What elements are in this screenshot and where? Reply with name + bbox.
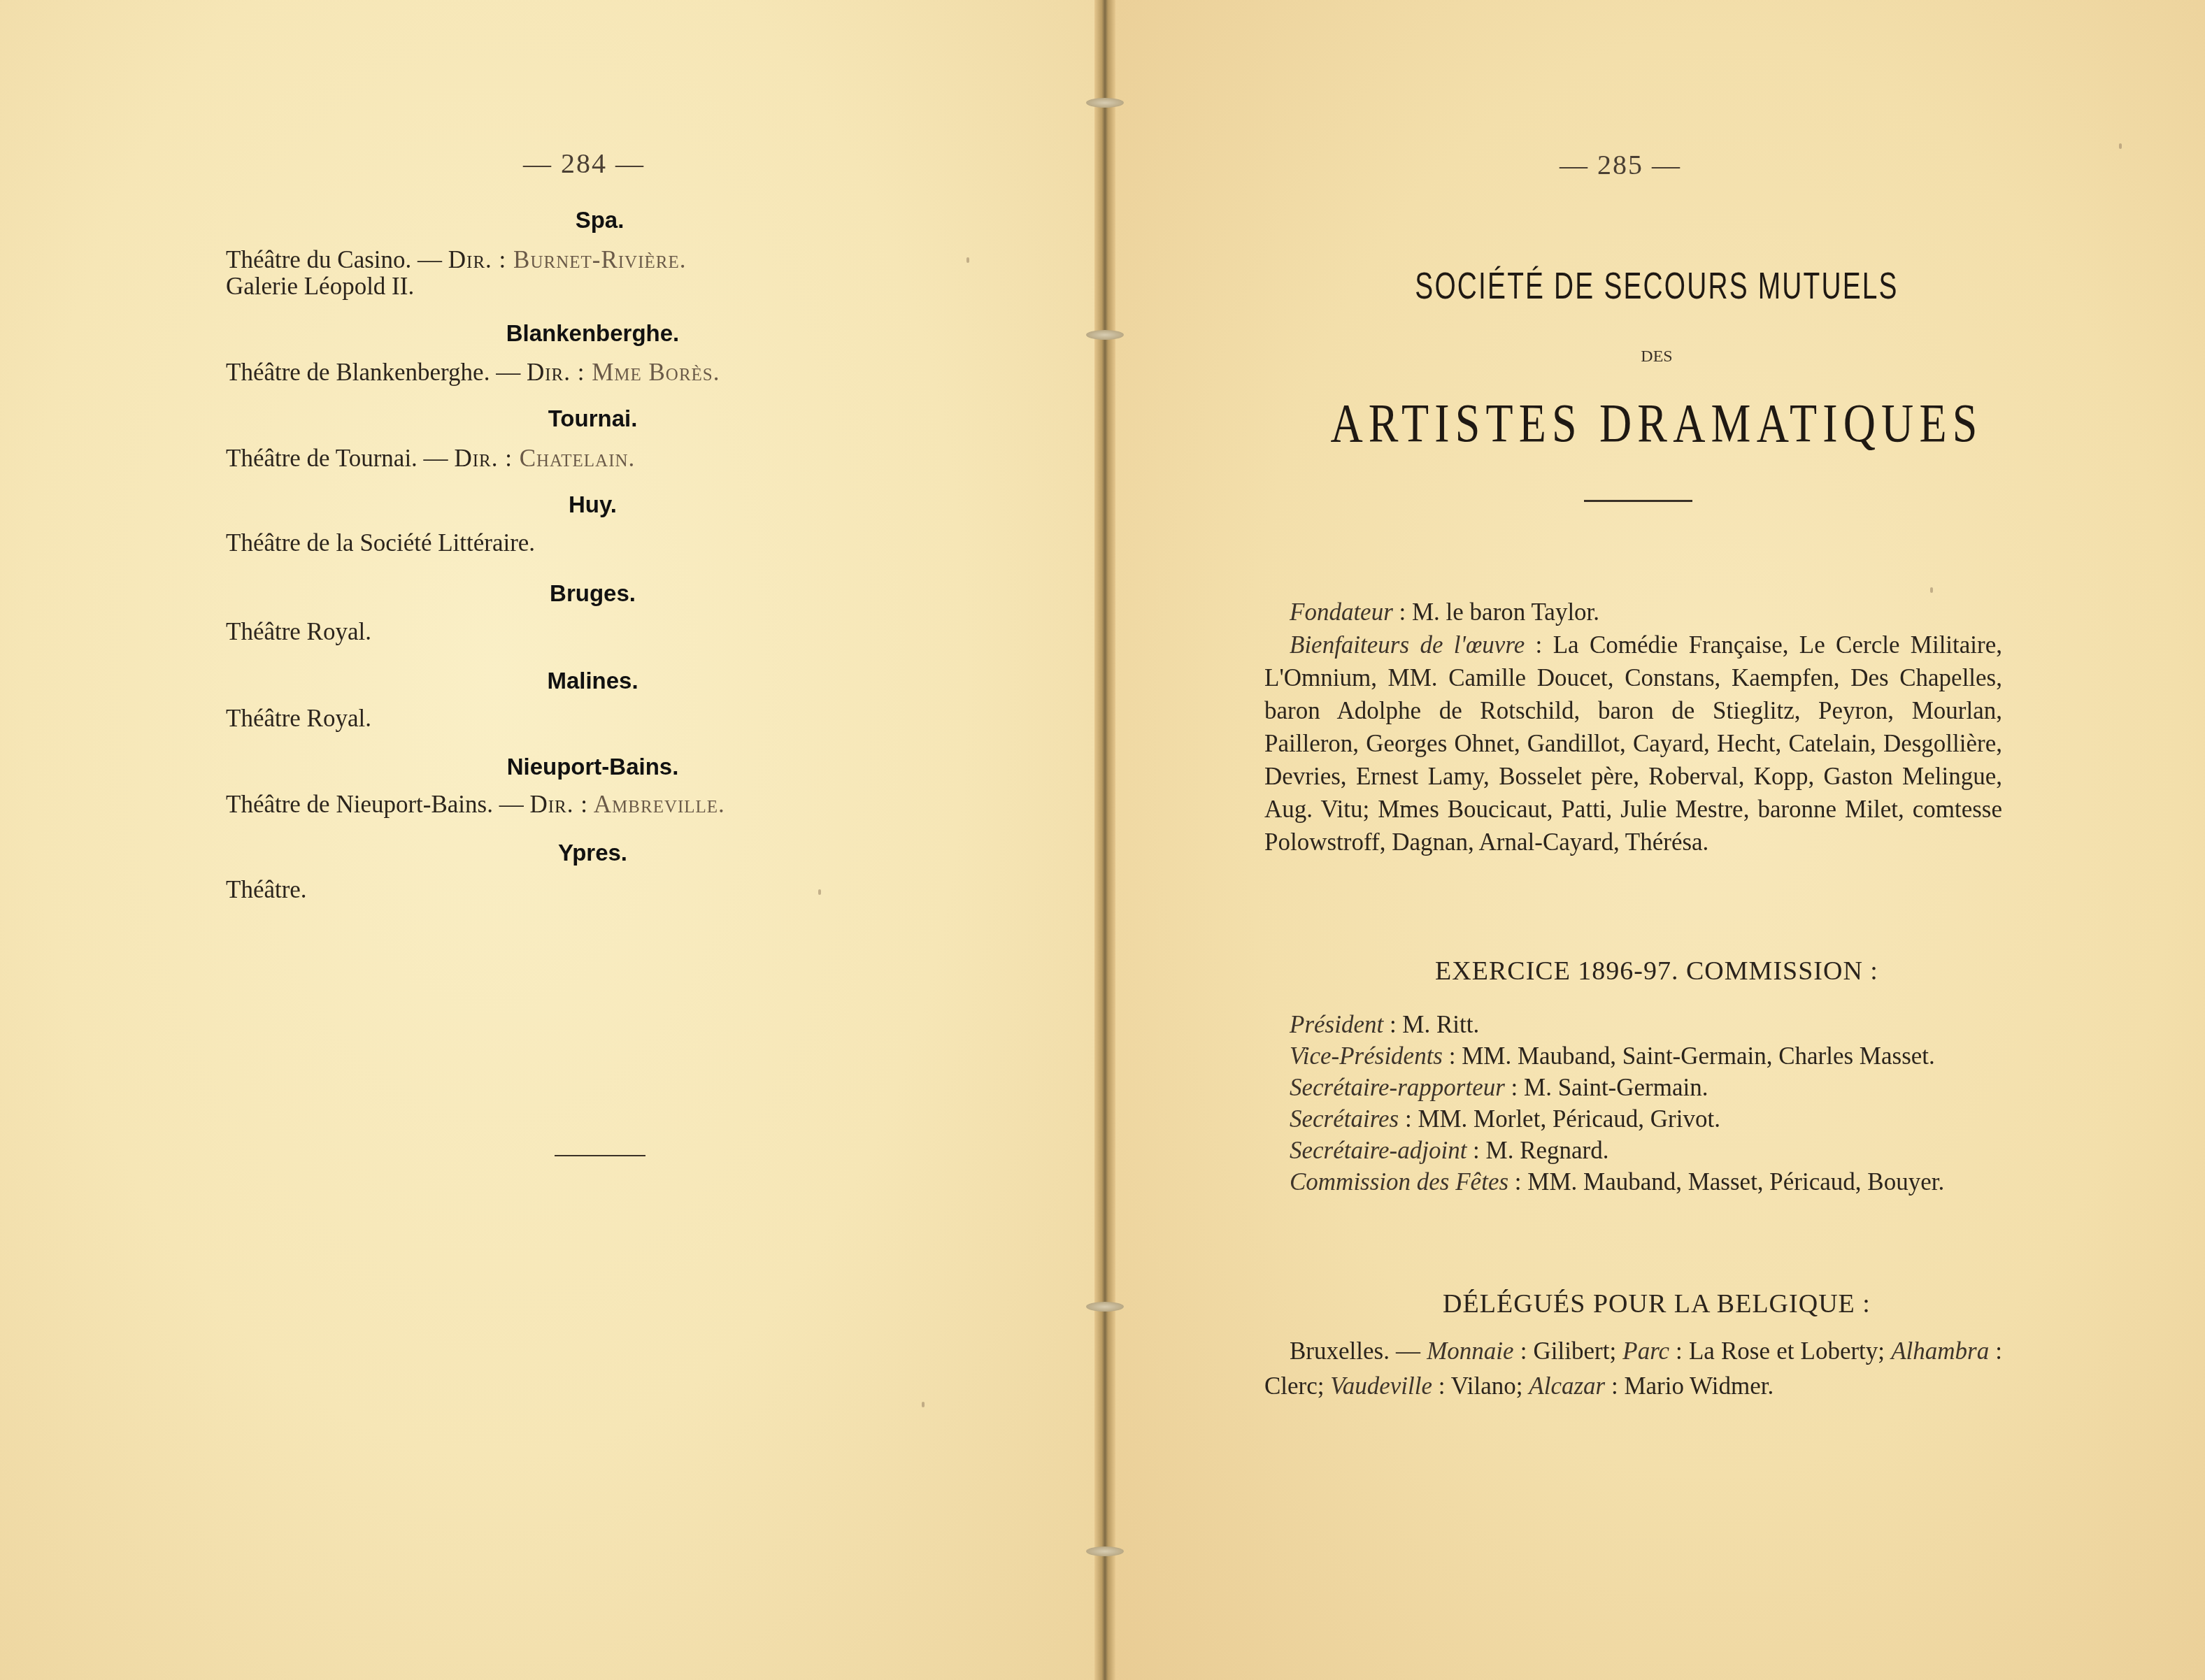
theatre-line: Théâtre de Blankenberghe. — Dir. : Mme B… [226,359,720,387]
city-heading-malines: Malines. [42,668,1143,694]
page-number-right: — 285 — [1560,148,1681,181]
theatre-name: Théâtre de Tournai. — [226,445,454,472]
theatre-line: Théâtre. [226,876,307,904]
commission-section: Président : M. Ritt. Vice-Présidents : M… [1264,1009,2002,1198]
director-label: Dir. : [454,445,519,472]
delegate-name: : Mario Widmer. [1605,1372,1774,1400]
founders-section: Fondateur : M. le baron Taylor. Bienfait… [1264,596,2002,859]
title-societe: SOCIÉTÉ DE SECOURS MUTUELS [1262,264,2052,308]
venue-label: Parc [1622,1337,1669,1365]
city-heading-tournai: Tournai. [42,405,1143,432]
paper-speck [966,257,969,263]
delegates-section: Bruxelles. — Monnaie : Gilibert; Parc : … [1264,1334,2002,1404]
bienfaiteurs-label: Bienfaiteurs de l'œuvre [1290,631,1525,659]
delegate-name: : Gilibert; [1514,1337,1623,1365]
role-label: Président [1290,1011,1383,1038]
theatre-line: Théâtre Royal. [226,705,371,733]
role-label: Commission des Fêtes [1290,1168,1508,1196]
city-heading-spa: Spa. [49,207,1150,234]
director-label: Dir. : [527,359,592,386]
city-heading-nieuport-bains: Nieuport-Bains. [42,754,1143,780]
delegate-name: : La Rose et Loberty; [1669,1337,1891,1365]
director-label: Dir. : [529,791,593,818]
role-value: : M. Regnard. [1467,1137,1608,1164]
fondateur-value: : M. le baron Taylor. [1393,598,1599,626]
role-value: : MM. Mauband, Saint-Germain, Charles Ma… [1443,1042,1935,1070]
binding-stitch-icon [1086,98,1124,108]
director-name: Burnet-Rivière. [513,246,686,273]
venue-label: Monnaie [1427,1337,1513,1365]
role-label: Vice-Présidents [1290,1042,1443,1070]
end-rule-divider [555,1155,645,1156]
theatre-name: Théâtre de Blankenberghe. — [226,359,527,386]
role-value: : MM. Morlet, Péricaud, Grivot. [1399,1105,1720,1133]
paper-speck [922,1402,925,1407]
role-label: Secrétaire-adjoint [1290,1137,1467,1164]
city-heading-bruges: Bruges. [42,580,1143,607]
title-artistes-dramatiques: ARTISTES DRAMATIQUES [1207,392,2106,454]
venue-label: Vaudeville [1330,1372,1432,1400]
theatre-name: Théâtre de Nieuport-Bains. — [226,791,529,818]
theatre-line: Galerie Léopold II. [226,273,414,301]
director-name: Ambreville. [594,791,725,818]
delegates-heading: DÉLÉGUÉS POUR LA BELGIQUE : [1108,1288,2205,1319]
venue-label: Alcazar [1529,1372,1605,1400]
role-label: Secrétaires [1290,1105,1399,1133]
fondateur-label: Fondateur [1290,598,1393,626]
director-name: Mme Borès. [592,359,720,386]
delegate-city: Bruxelles. — [1290,1337,1427,1365]
theatre-line: Théâtre du Casino. — Dir. : Burnet-Riviè… [226,246,686,274]
city-heading-ypres: Ypres. [42,840,1143,866]
role-value: : M. Saint-Germain. [1505,1074,1708,1101]
role-value: : M. Ritt. [1383,1011,1479,1038]
role-value: : MM. Mauband, Masset, Péricaud, Bouyer. [1508,1168,1944,1196]
director-label: Dir. : [448,246,513,273]
theatre-line: Théâtre de Nieuport-Bains. — Dir. : Ambr… [226,791,725,819]
title-rule-divider [1584,500,1692,502]
theatre-line: Théâtre de Tournai. — Dir. : Chatelain. [226,445,635,473]
role-label: Secrétaire-rapporteur [1290,1074,1505,1101]
binding-stitch-icon [1086,1546,1124,1556]
director-name: Chatelain. [520,445,636,472]
theatre-name: Théâtre du Casino. — [226,246,448,273]
paper-speck [2119,143,2122,149]
city-heading-blankenberghe: Blankenberghe. [42,320,1143,347]
theatre-line: Théâtre de la Société Littéraire. [226,529,535,557]
commission-heading: EXERCICE 1896-97. COMMISSION : [1108,956,2205,986]
venue-label: Alhambra [1891,1337,1989,1365]
city-heading-huy: Huy. [42,491,1143,518]
paper-speck [818,889,821,895]
theatre-line: Théâtre Royal. [226,618,371,646]
bienfaiteurs-value: : La Comédie Française, Le Cercle Milita… [1264,631,2002,856]
delegate-name: : Vilano; [1432,1372,1529,1400]
page-number-left: — 284 — [523,147,645,180]
paper-speck [1930,587,1933,593]
title-des: DES [1108,347,2205,366]
